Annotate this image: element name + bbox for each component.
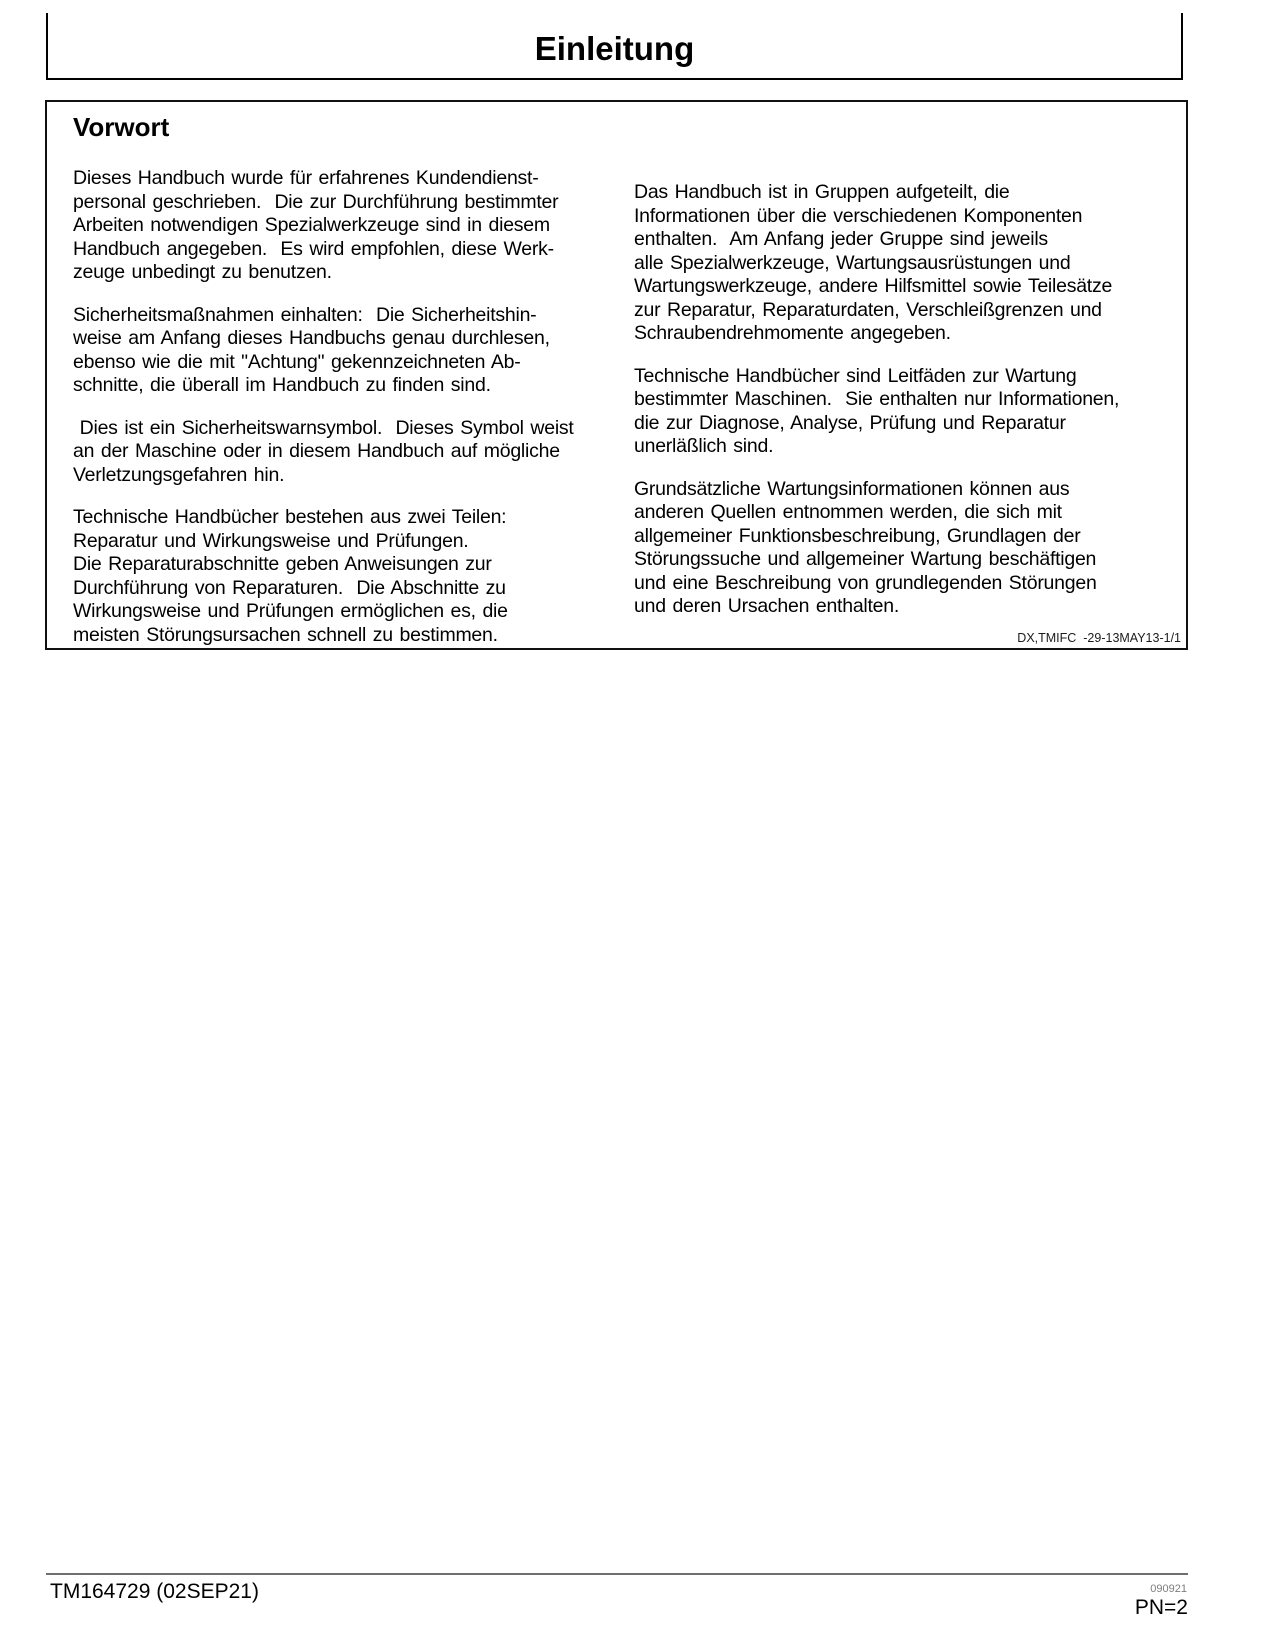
text-line: ebenso wie die mit "Achtung" gekennzeich… (73, 351, 618, 375)
text-line: Dies ist ein Sicherheitswarnsymbol. Dies… (73, 417, 618, 441)
text-line: personal geschrieben. Die zur Durchführu… (73, 191, 618, 215)
text-line: Arbeiten notwendigen Spezialwerkzeuge si… (73, 214, 618, 238)
text-line: Durchführung von Reparaturen. Die Abschn… (73, 577, 618, 601)
text-line: Sicherheitsmaßnahmen einhalten: Die Sich… (73, 304, 618, 328)
paragraph: Sicherheitsmaßnahmen einhalten: Die Sich… (73, 304, 618, 398)
page-number: PN=2 (1135, 1596, 1188, 1620)
text-line: Schraubendrehmomente angegeben. (634, 322, 1158, 346)
text-line: Wirkungsweise und Prüfungen ermöglichen … (73, 600, 618, 624)
document-number: TM164729 (02SEP21) (50, 1580, 259, 1604)
text-line: Grundsätzliche Wartungsinformationen kön… (634, 478, 1158, 502)
chapter-title: Einleitung (535, 30, 695, 68)
text-line: an der Maschine oder in diesem Handbuch … (73, 440, 618, 464)
paragraph: Dies ist ein Sicherheitswarnsymbol. Dies… (73, 417, 618, 488)
left-column: Dieses Handbuch wurde für erfahrenes Kun… (73, 167, 618, 647)
right-column: Das Handbuch ist in Gruppen aufgeteilt, … (634, 167, 1158, 647)
text-line: Störungssuche und allgemeiner Wartung be… (634, 548, 1158, 572)
text-line: meisten Störungsursachen schnell zu best… (73, 624, 618, 648)
text-line: Technische Handbücher bestehen aus zwei … (73, 506, 618, 530)
paragraph: Grundsätzliche Wartungsinformationen kön… (634, 478, 1158, 619)
text-line: unerläßlich sind. (634, 435, 1158, 459)
text-line: Reparatur und Wirkungsweise und Prüfunge… (73, 530, 618, 554)
paragraph: Das Handbuch ist in Gruppen aufgeteilt, … (634, 181, 1158, 346)
text-line: zeuge unbedingt zu benutzen. (73, 261, 618, 285)
text-line: enthalten. Am Anfang jeder Gruppe sind j… (634, 228, 1158, 252)
two-column-text: Dieses Handbuch wurde für erfahrenes Kun… (47, 167, 1186, 647)
text-line: Das Handbuch ist in Gruppen aufgeteilt, … (634, 181, 1158, 205)
text-line: Die Reparaturabschnitte geben Anweisunge… (73, 553, 618, 577)
text-line: und eine Beschreibung von grundlegenden … (634, 572, 1158, 596)
text-line: anderen Quellen entnommen werden, die si… (634, 501, 1158, 525)
text-line: Handbuch angegeben. Es wird empfohlen, d… (73, 238, 618, 262)
text-line: schnitte, die überall im Handbuch zu fin… (73, 374, 618, 398)
paragraph: Dieses Handbuch wurde für erfahrenes Kun… (73, 167, 618, 285)
text-line: Verletzungsgefahren hin. (73, 464, 618, 488)
text-line: die zur Diagnose, Analyse, Prüfung und R… (634, 412, 1158, 436)
manual-page: Einleitung Vorwort Dieses Handbuch wurde… (0, 0, 1275, 1650)
text-line: und deren Ursachen enthalten. (634, 595, 1158, 619)
paragraph: Technische Handbücher sind Leitfäden zur… (634, 365, 1158, 459)
text-line: Dieses Handbuch wurde für erfahrenes Kun… (73, 167, 618, 191)
text-line: Technische Handbücher sind Leitfäden zur… (634, 365, 1158, 389)
paragraph: Technische Handbücher bestehen aus zwei … (73, 506, 618, 647)
section-reference-code: DX,TMIFC -29-13MAY13-1/1 (1017, 631, 1181, 645)
chapter-title-box: Einleitung (46, 13, 1183, 80)
text-line: Informationen über die verschiedenen Kom… (634, 205, 1158, 229)
text-line: weise am Anfang dieses Handbuchs genau d… (73, 327, 618, 351)
text-line: bestimmter Maschinen. Sie enthalten nur … (634, 388, 1158, 412)
text-line: zur Reparatur, Reparaturdaten, Verschlei… (634, 299, 1158, 323)
vorwort-section-box: Vorwort Dieses Handbuch wurde für erfahr… (45, 100, 1188, 650)
text-line: allgemeiner Funktionsbeschreibung, Grund… (634, 525, 1158, 549)
footer-rule (46, 1573, 1188, 1575)
print-code: 090921 (1150, 1583, 1187, 1595)
text-line: alle Spezialwerkzeuge, Wartungsausrüstun… (634, 252, 1158, 276)
text-line: Wartungswerkzeuge, andere Hilfsmittel so… (634, 275, 1158, 299)
section-heading: Vorwort (73, 112, 1186, 143)
